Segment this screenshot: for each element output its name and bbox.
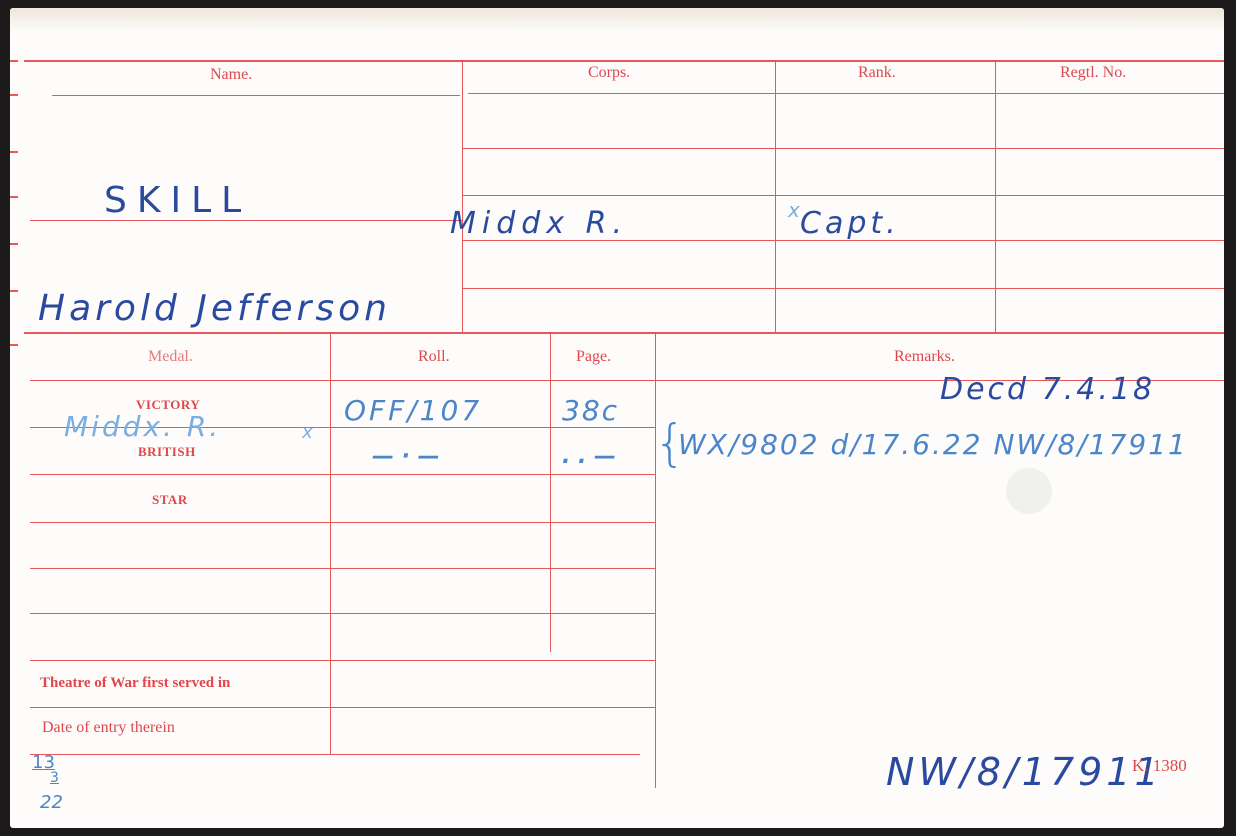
- page-header: Page.: [576, 348, 611, 366]
- date-row-rule: [30, 707, 655, 708]
- remarks-header: Remarks.: [894, 348, 955, 366]
- row-rule: [462, 288, 1224, 289]
- medal-label-star: Star: [152, 492, 188, 508]
- paper-stain: [1006, 468, 1052, 514]
- divider-name-corps: [462, 62, 463, 332]
- top-rule: [24, 60, 1224, 62]
- medal-row-rule: [30, 613, 655, 614]
- right-header-rule: [468, 93, 1224, 94]
- theatre-row-rule: [30, 660, 655, 661]
- remarks-reference: WX/9802 d/17.6.22 NW/8/17911: [678, 428, 1188, 461]
- medal-label-british: British: [138, 444, 196, 460]
- margin-tick: [10, 344, 18, 346]
- divider-rank-regtl: [995, 62, 996, 332]
- margin-tick: [10, 94, 18, 96]
- forenames-entry: Harold Jefferson: [38, 288, 391, 329]
- rank-entry: Capt.: [800, 206, 900, 241]
- divider-corps-rank: [775, 62, 776, 332]
- roll-british: — · —: [372, 444, 440, 469]
- medal-annotation-mark: x: [302, 422, 313, 443]
- surname-entry: SKILL: [104, 180, 251, 221]
- corps-header: Corps.: [588, 64, 630, 82]
- medal-row-rule: [30, 522, 655, 523]
- margin-tick: [10, 60, 18, 62]
- footer-bottom-rule: [30, 754, 640, 755]
- date-entry-label: Date of entry therein: [42, 719, 175, 737]
- paper-edge-shading: [10, 8, 1224, 32]
- medal-row-rule: [30, 568, 655, 569]
- rank-header: Rank.: [858, 64, 896, 82]
- roll-victory: OFF/107: [344, 394, 482, 427]
- divider-medal-roll: [330, 334, 331, 754]
- page-british: . . —: [562, 444, 616, 469]
- roll-header: Roll.: [418, 348, 450, 366]
- date-stamp-year: 22: [40, 792, 63, 813]
- bottom-reference: NW/8/17911: [886, 750, 1163, 794]
- name-header: Name.: [210, 66, 252, 84]
- form-number: K. 1380: [1132, 756, 1187, 776]
- regtl-no-header: Regtl. No.: [1060, 64, 1126, 82]
- section-divider: [24, 332, 1224, 334]
- row-rule: [462, 195, 1224, 196]
- row-rule: [462, 148, 1224, 149]
- margin-tick: [10, 196, 18, 198]
- divider-roll-page: [550, 334, 551, 652]
- name-header-rule: [52, 95, 460, 96]
- medal-header: Medal.: [148, 348, 193, 366]
- margin-tick: [10, 290, 18, 292]
- theatre-label: Theatre of War first served in: [40, 675, 230, 692]
- medal-index-card: Name. Corps. Rank. Regtl. No. SKILL Haro…: [10, 8, 1224, 828]
- corps-entry: Middx R.: [450, 206, 628, 241]
- remarks-deceased-date: Decd 7.4.18: [940, 372, 1155, 407]
- page-victory: 38c: [562, 394, 619, 427]
- margin-tick: [10, 151, 18, 153]
- divider-page-remarks: [655, 334, 656, 788]
- margin-tick: [10, 243, 18, 245]
- date-stamp-month: 3: [50, 770, 59, 786]
- medal-annotation: Middx. R.: [64, 410, 221, 443]
- rank-mark: x: [788, 198, 800, 222]
- medal-row-rule: [30, 474, 655, 475]
